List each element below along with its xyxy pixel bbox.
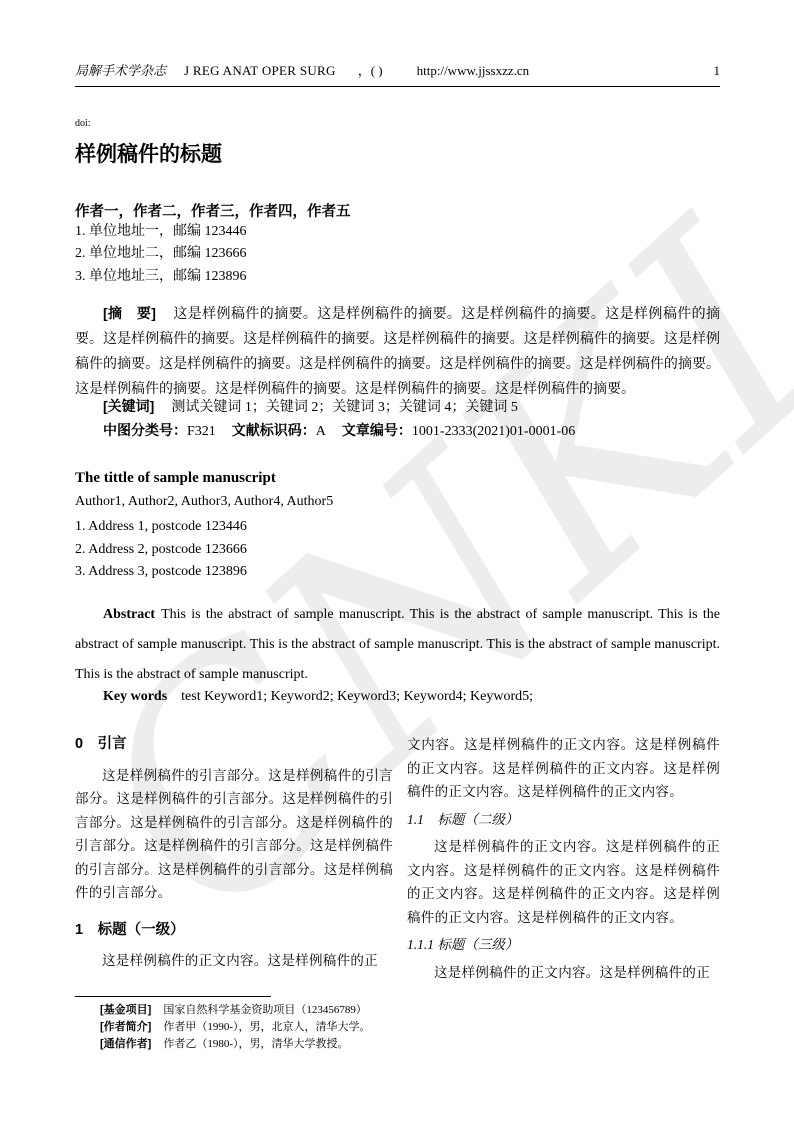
- intro-heading: 0 引言: [75, 733, 393, 757]
- article-no-value: 1001-2333(2021)01-0001-06: [412, 424, 575, 439]
- page-number: 1: [714, 63, 721, 79]
- intro-paragraph: 这是样例稿件的引言部分。这是样例稿件的引言部分。这是样例稿件的引言部分。这是样例…: [75, 764, 393, 905]
- journal-url: http://www.jjssxzz.cn: [417, 63, 530, 79]
- affiliation-line: 1. 单位地址一，邮编 123446: [75, 221, 247, 243]
- left-column: 0 引言 这是样例稿件的引言部分。这是样例稿件的引言部分。这是样例稿件的引言部分…: [75, 733, 393, 984]
- doc-code-value: A: [316, 424, 326, 439]
- article-no-label: 文章编号：: [342, 422, 412, 438]
- affiliations-en: 1. Address 1, postcode 123446 2. Address…: [75, 516, 247, 584]
- abstract-cn: [摘 要]这是样例稿件的摘要。这是样例稿件的摘要。这是样例稿件的摘要。这是样例稿…: [75, 301, 720, 402]
- section11-paragraph: 这是样例稿件的正文内容。这是样例稿件的正文内容。这是样例稿件的正文内容。这是样例…: [407, 835, 720, 929]
- abstract-label-en: Abstract: [103, 607, 155, 622]
- authors-en: Author1, Author2, Author3, Author4, Auth…: [75, 494, 333, 510]
- body-columns: 0 引言 这是样例稿件的引言部分。这是样例稿件的引言部分。这是样例稿件的引言部分…: [75, 733, 720, 984]
- authors-cn: 作者一，作者二，作者三，作者四，作者五: [75, 200, 351, 221]
- footnote-label: [基金项目]: [100, 1004, 151, 1016]
- affiliation-line-en: 2. Address 2, postcode 123666: [75, 539, 247, 562]
- keywords-text-cn: 测试关键词 1；关键词 2；关键词 3；关键词 4；关键词 5: [171, 400, 518, 415]
- footnote-label: [通信作者]: [100, 1038, 151, 1050]
- affiliation-line: 3. 单位地址三，邮编 123896: [75, 266, 247, 288]
- affiliation-line-en: 1. Address 1, postcode 123446: [75, 516, 247, 539]
- clc-label: 中图分类号：: [103, 422, 187, 438]
- affiliation-line-en: 3. Address 3, postcode 123896: [75, 561, 247, 584]
- article-title-en: The tittle of sample manuscript: [75, 470, 276, 487]
- article-title-cn: 样例稿件的标题: [75, 138, 222, 168]
- journal-title-cn: 局解手术学杂志: [75, 60, 166, 79]
- keywords-cn: [关键词]测试关键词 1；关键词 2；关键词 3；关键词 4；关键词 5: [75, 396, 735, 416]
- keywords-label-cn: [关键词]: [103, 398, 154, 414]
- footnote-item: [通信作者]作者乙（1980-），男，清华大学教授。: [75, 1036, 371, 1053]
- footnote-item: [基金项目]国家自然科学基金资助项目（123456789）: [75, 1002, 371, 1019]
- section1-paragraph-left: 这是样例稿件的正文内容。这是样例稿件的正: [75, 949, 393, 973]
- doc-code-label: 文献标识码：: [232, 422, 316, 438]
- abstract-text-en: This is the abstract of sample manuscrip…: [75, 607, 720, 682]
- abstract-label-cn: [摘 要]: [103, 305, 156, 321]
- footnotes: [基金项目]国家自然科学基金资助项目（123456789） [作者简介]作者甲（…: [75, 1002, 371, 1053]
- classification-line: 中图分类号：F321文献标识码：A文章编号：1001-2333(2021)01-…: [75, 420, 735, 440]
- section111-heading: 1.1.1 标题（三级）: [407, 933, 720, 957]
- footnote-rule: [75, 996, 271, 997]
- footnote-text: 作者甲（1990-），男，北京人，清华大学。: [163, 1021, 370, 1033]
- abstract-text-cn: 这是样例稿件的摘要。这是样例稿件的摘要。这是样例稿件的摘要。这是样例稿件的摘要。…: [75, 307, 720, 397]
- section11-heading: 1.1 标题（二级）: [407, 808, 720, 832]
- footnote-item: [作者简介]作者甲（1990-），男，北京人，清华大学。: [75, 1019, 371, 1036]
- keywords-label-en: Key words: [103, 689, 167, 704]
- section111-paragraph: 这是样例稿件的正文内容。这是样例稿件的正: [407, 961, 720, 985]
- affiliations-cn: 1. 单位地址一，邮编 123446 2. 单位地址二，邮编 123666 3.…: [75, 221, 247, 288]
- affiliation-line: 2. 单位地址二，邮编 123666: [75, 243, 247, 265]
- section1-heading: 1 标题（一级）: [75, 919, 393, 943]
- footnote-text: 国家自然科学基金资助项目（123456789）: [163, 1004, 367, 1016]
- doi-label: doi:: [75, 118, 91, 129]
- keywords-text-en: test Keyword1; Keyword2; Keyword3; Keywo…: [181, 689, 533, 704]
- keywords-en: Key wordstest Keyword1; Keyword2; Keywor…: [75, 689, 735, 705]
- abstract-en: AbstractThis is the abstract of sample m…: [75, 600, 720, 690]
- right-column: 文内容。这是样例稿件的正文内容。这是样例稿件的正文内容。这是样例稿件的正文内容。…: [407, 733, 720, 984]
- section1-paragraph-continued: 文内容。这是样例稿件的正文内容。这是样例稿件的正文内容。这是样例稿件的正文内容。…: [407, 733, 720, 804]
- manuscript-page: CNKI 局解手术学杂志 J REG ANAT OPER SURG ，( ) h…: [0, 0, 794, 1123]
- running-head: 局解手术学杂志 J REG ANAT OPER SURG ，( ) http:/…: [75, 60, 720, 87]
- footnote-label: [作者简介]: [100, 1021, 151, 1033]
- issue-field: ，( ): [358, 60, 383, 79]
- clc-value: F321: [187, 424, 216, 439]
- footnote-text: 作者乙（1980-），男，清华大学教授。: [163, 1038, 348, 1050]
- journal-title-en: J REG ANAT OPER SURG: [184, 63, 336, 79]
- page-content: 局解手术学杂志 J REG ANAT OPER SURG ，( ) http:/…: [0, 0, 794, 1123]
